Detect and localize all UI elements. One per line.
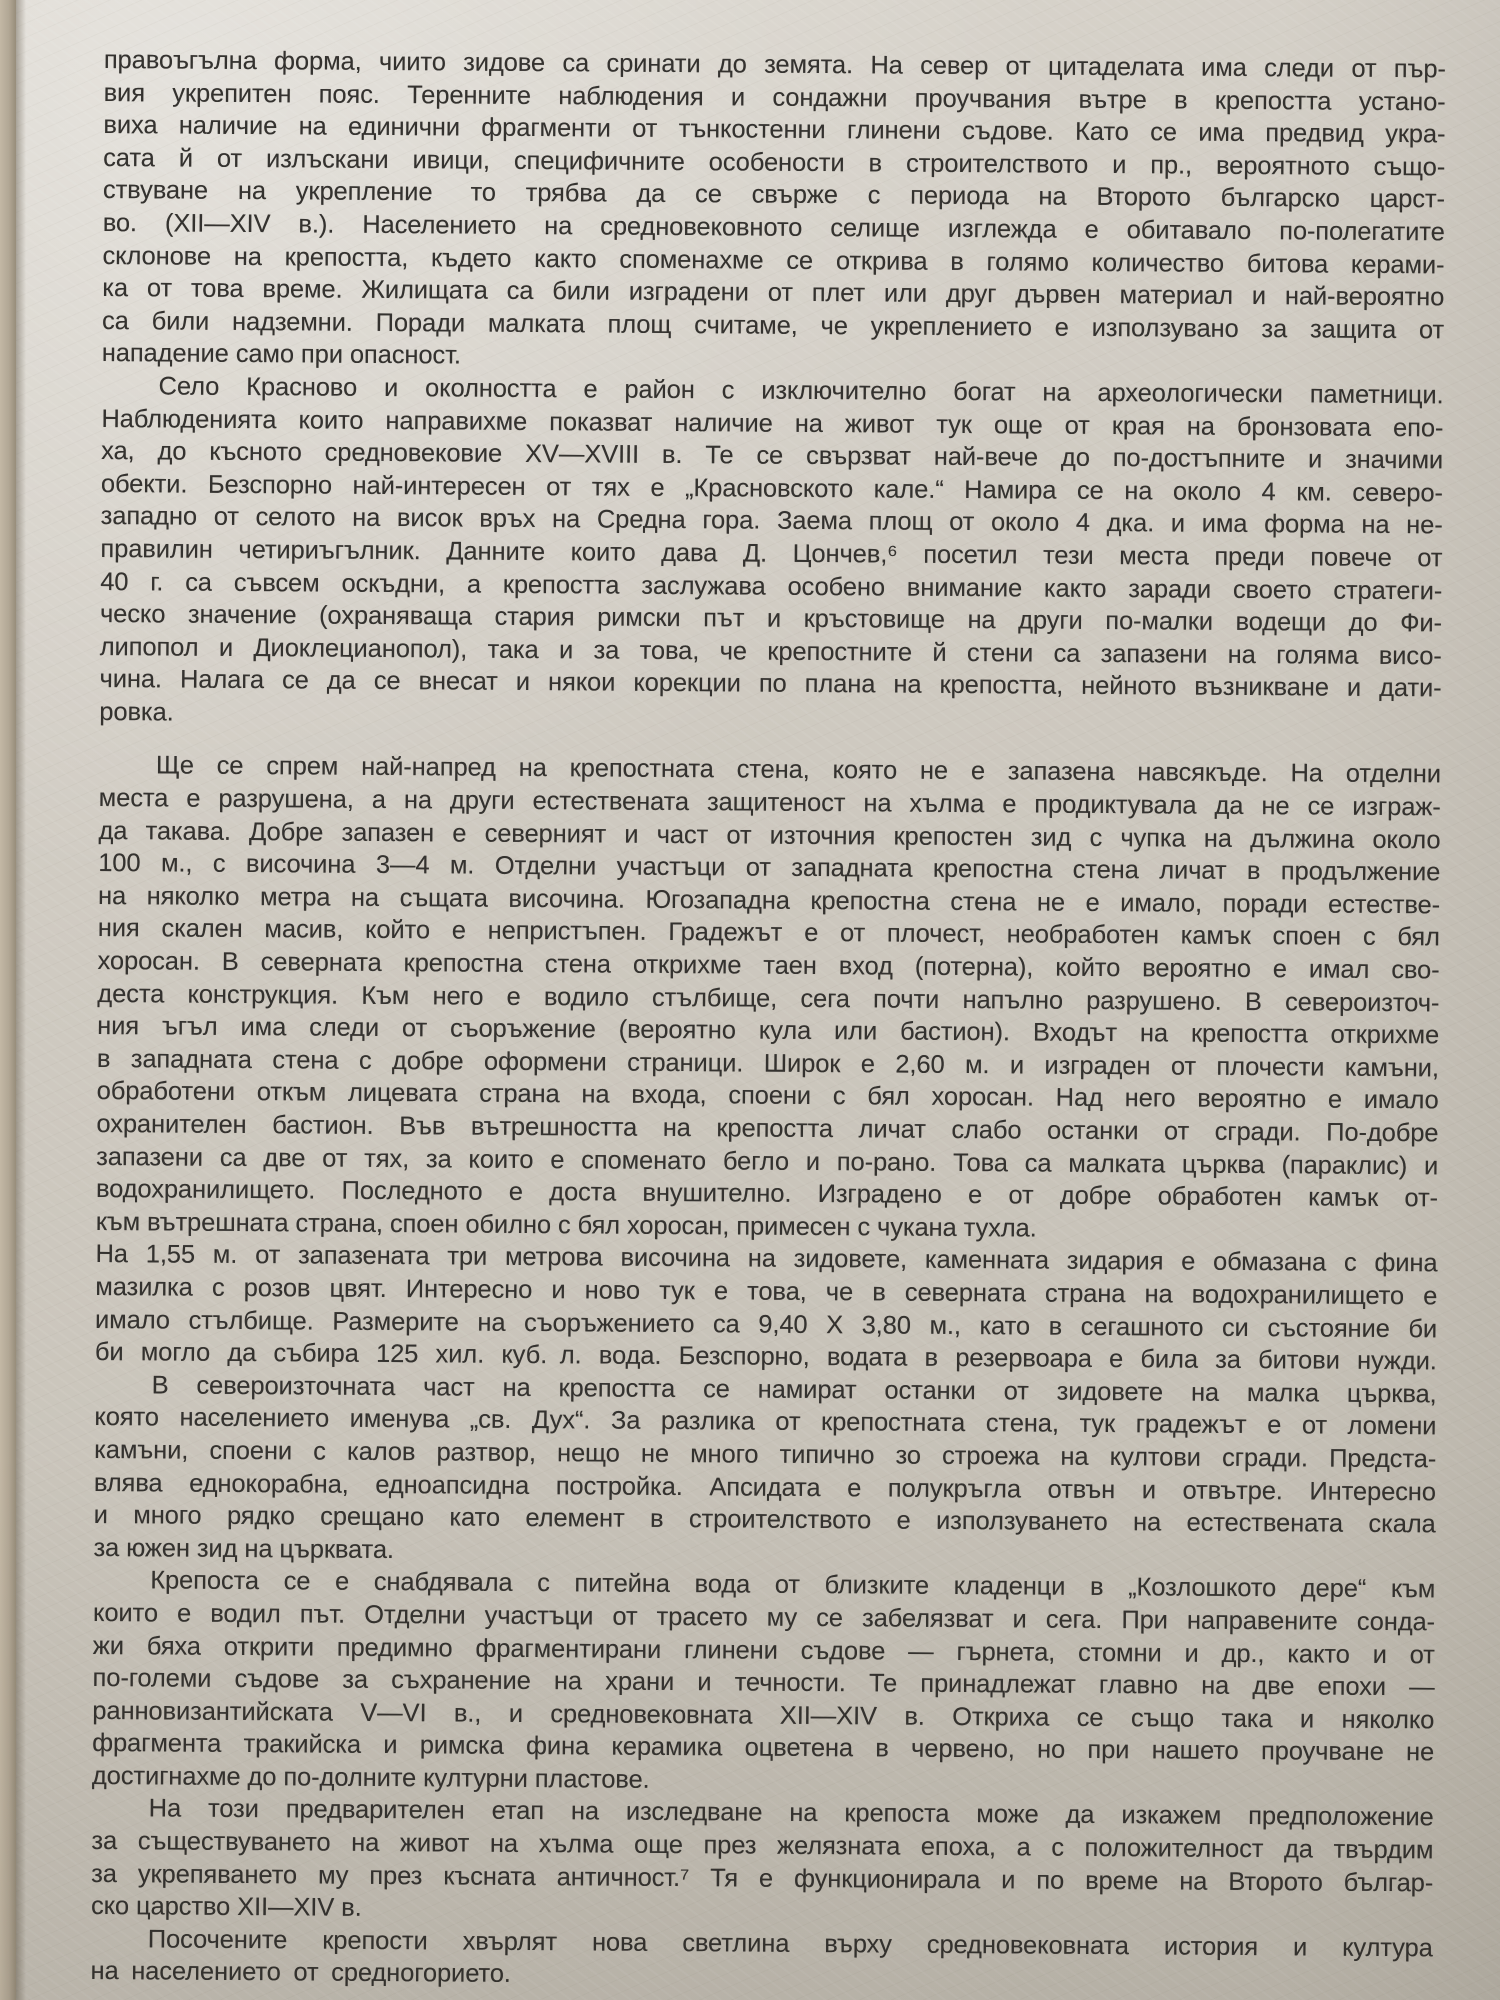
paragraph: Посочените крепости хвърлят нова светлин… xyxy=(90,1923,1432,1998)
paragraph: правоъгълна форма, чиито зидове са срина… xyxy=(102,44,1446,379)
scanned-page-photo: правоъгълна форма, чиито зидове са срина… xyxy=(0,0,1500,2000)
text-block: правоъгълна форма, чиито зидове са срина… xyxy=(90,44,1446,1997)
paragraph: Ще се спрем най-напред на крепостната ст… xyxy=(96,749,1441,1247)
paragraph: На 1,55 м. от запазената три метрова вис… xyxy=(95,1238,1438,1378)
paragraph: Крепоста се е снабдявала с питейна вода … xyxy=(92,1564,1436,1802)
paragraph: Село Красново и околността е район с изк… xyxy=(99,370,1443,738)
paragraph: На този предварителен етап на изследване… xyxy=(91,1792,1434,1932)
page-edge-strip xyxy=(0,0,16,2000)
paragraph: В североизточната част на крепостта се н… xyxy=(93,1369,1436,1574)
binding-crease-shadow xyxy=(16,0,26,2000)
